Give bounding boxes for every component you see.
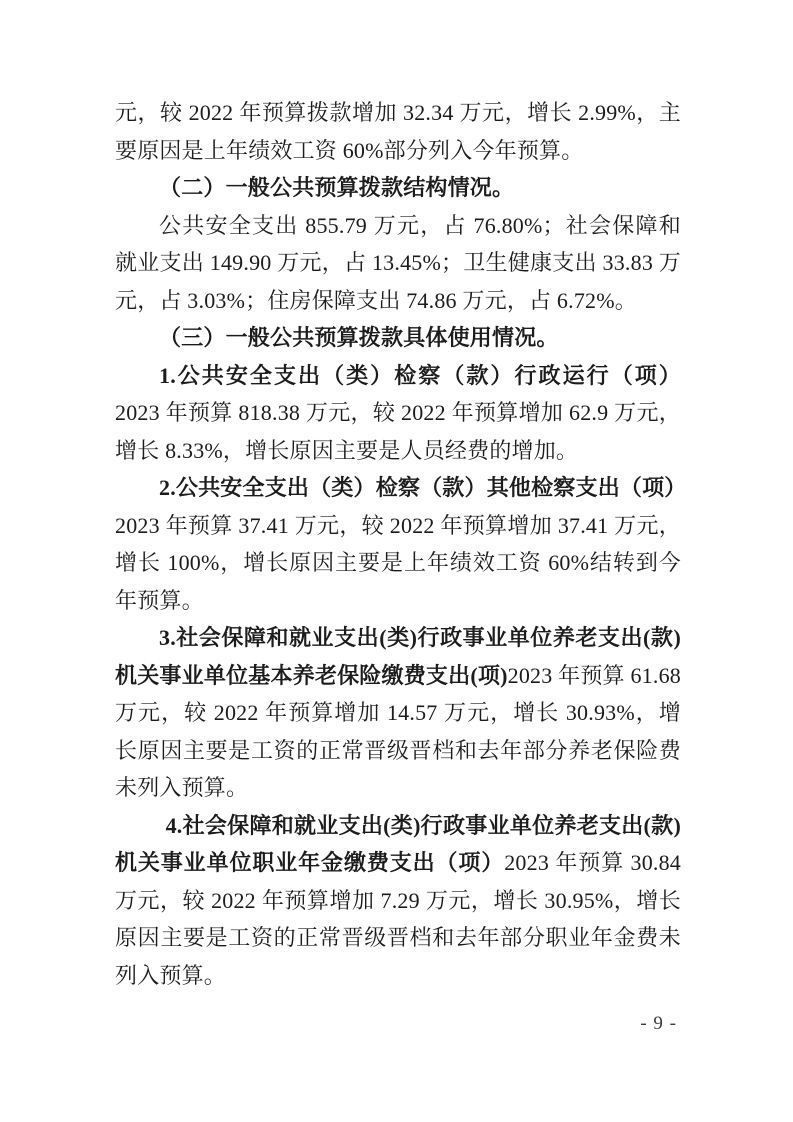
heading-text: （三）一般公共预算拨款具体使用情况。: [159, 325, 559, 350]
item-title-run: 1.公共安全支出（类）检察（款）行政运行（项）: [159, 363, 681, 388]
paragraph-continuation: 元，较 2022 年预算拨款增加 32.34 万元，增长 2.99%，主要原因是…: [115, 94, 681, 169]
budget-item-4: 4.社会保障和就业支出(类)行政事业单位养老支出(款)机关事业单位职业年金缴费支…: [115, 807, 681, 995]
section-heading-3: （三）一般公共预算拨款具体使用情况。: [115, 319, 681, 357]
item-title-run: 2.公共安全支出（类）检察（款）其他检察支出（项）: [159, 475, 687, 500]
section-heading-2: （二）一般公共预算拨款结构情况。: [115, 169, 681, 207]
document-page: 元，较 2022 年预算拨款增加 32.34 万元，增长 2.99%，主要原因是…: [0, 0, 793, 1122]
budget-item-3: 3.社会保障和就业支出(类)行政事业单位养老支出(款)机关事业单位基本养老保险缴…: [115, 619, 681, 807]
budget-item-1: 1.公共安全支出（类）检察（款）行政运行（项）2023 年预算 818.38 万…: [115, 357, 681, 470]
page-content: 元，较 2022 年预算拨款增加 32.34 万元，增长 2.99%，主要原因是…: [115, 94, 681, 994]
item-body-run: 2023 年预算 818.38 万元，较 2022 年预算增加 62.9 万元，…: [115, 400, 681, 463]
budget-item-2: 2.公共安全支出（类）检察（款）其他检察支出（项）2023 年预算 37.41 …: [115, 469, 681, 619]
item-body-run: 2023 年预算 37.41 万元，较 2022 年预算增加 37.41 万元，…: [115, 513, 681, 613]
page-number: - 9 -: [640, 1013, 677, 1035]
paragraph-structure: 公共安全支出 855.79 万元，占 76.80%；社会保障和就业支出 149.…: [115, 207, 681, 320]
text-run: 公共安全支出 855.79 万元，占 76.80%；社会保障和就业支出 149.…: [115, 213, 681, 313]
heading-text: （二）一般公共预算拨款结构情况。: [159, 175, 514, 200]
text-run: 元，较 2022 年预算拨款增加 32.34 万元，增长 2.99%，主要原因是…: [115, 100, 681, 163]
